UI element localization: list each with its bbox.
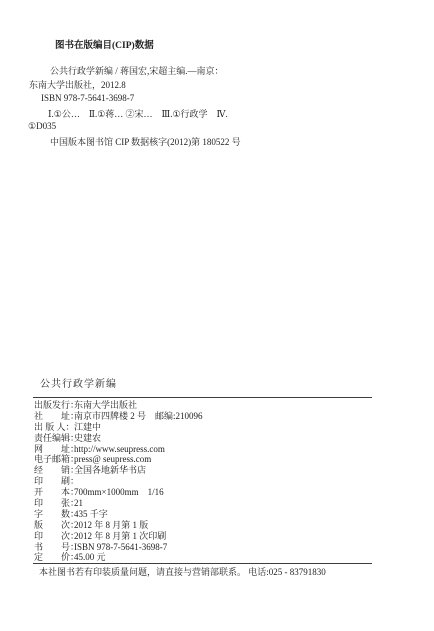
divider-top: [33, 397, 372, 398]
row-label: 责任编辑：: [34, 433, 74, 444]
cip-record-line-2: 东南大学出版社，2012.8: [29, 80, 126, 91]
colophon-row-printing: 印 刷：: [34, 476, 203, 487]
row-label: 出 版 人：: [34, 422, 74, 433]
colophon-rows: 出版发行：东南大学出版社 社 址：南京市四牌楼 2 号 邮编:210096 出 …: [34, 400, 203, 563]
row-value: 2012 年 8 月第 1 版: [74, 520, 148, 530]
row-label: 版 次：: [34, 520, 74, 531]
colophon-row-publisher-person: 出 版 人：江建中: [34, 422, 203, 433]
colophon-row-edition: 版 次：2012 年 8 月第 1 版: [34, 520, 203, 531]
row-label: 字 数：: [34, 509, 74, 520]
colophon-row-impression: 印 次：2012 年 8 月第 1 次印刷: [34, 531, 203, 542]
row-value: 南京市四牌楼 2 号 邮编:210096: [74, 411, 203, 421]
colophon-row-isbn: 书 号：ISBN 978-7-5641-3698-7: [34, 542, 203, 553]
cip-record-line-1: 公共行政学新编 / 蒋国宏,宋超主编.—南京：: [50, 66, 224, 77]
row-label: 电子邮箱：: [34, 454, 74, 465]
colophon-row-distribution: 经 销：全国各地新华书店: [34, 465, 203, 476]
row-label: 印 次：: [34, 531, 74, 542]
cip-header: 图书在版编目(CIP)数据: [55, 41, 154, 52]
colophon-row-sheets: 印 张：21: [34, 498, 203, 509]
row-label: 出版发行：: [34, 400, 74, 411]
cip-isbn-line: ISBN 978-7-5641-3698-7: [41, 93, 134, 104]
row-label: 网 址：: [34, 444, 74, 455]
row-value: 东南大学出版社: [74, 400, 137, 410]
row-label: 开 本：: [34, 487, 74, 498]
colophon-row-website: 网 址：http://www.seupress.com: [34, 444, 203, 455]
row-label: 社 址：: [34, 411, 74, 422]
row-label: 印 刷：: [34, 476, 74, 487]
divider-bottom: [33, 563, 372, 564]
row-value: 2012 年 8 月第 1 次印刷: [74, 531, 166, 541]
row-value: 700mm×1000mm 1/16: [74, 487, 164, 497]
row-value: 21: [74, 498, 83, 508]
copyright-page: 图书在版编目(CIP)数据 公共行政学新编 / 蒋国宏,宋超主编.—南京： 东南…: [0, 0, 434, 631]
colophon-row-word-count: 字 数：435 千字: [34, 509, 203, 520]
colophon-row-price: 定 价：45.00 元: [34, 552, 203, 563]
row-value: 江建中: [74, 422, 101, 432]
row-value: http://www.seupress.com: [74, 444, 165, 454]
row-label: 印 张：: [34, 498, 74, 509]
row-value: 全国各地新华书店: [74, 465, 146, 475]
cip-classification-line-2: ①D035: [28, 121, 56, 132]
quality-notice: 本社图书若有印装质量问题，请直接与营销部联系。 电话:025 - 8379183…: [39, 567, 326, 578]
row-value: 435 千字: [74, 509, 108, 519]
row-value: 45.00 元: [74, 552, 106, 562]
row-value: press@ seupress.com: [74, 454, 151, 464]
colophon-row-email: 电子邮箱：press@ seupress.com: [34, 454, 203, 465]
row-label: 书 号：: [34, 542, 74, 553]
row-value: 史建农: [74, 433, 101, 443]
colophon-row-publisher: 出版发行：东南大学出版社: [34, 400, 203, 411]
cip-record-number: 中国版本图书馆 CIP 数据核字(2012)第 180522 号: [50, 137, 241, 148]
book-title: 公共行政学新编: [40, 379, 117, 390]
colophon-row-format: 开 本：700mm×1000mm 1/16: [34, 487, 203, 498]
colophon-row-editor: 责任编辑：史建农: [34, 433, 203, 444]
row-label: 定 价：: [34, 552, 74, 563]
colophon-row-address: 社 址：南京市四牌楼 2 号 邮编:210096: [34, 411, 203, 422]
row-label: 经 销：: [34, 465, 74, 476]
cip-classification-line-1: Ⅰ.①公… Ⅱ.①蒋… ②宋… Ⅲ.①行政学 Ⅳ.: [48, 109, 228, 120]
row-value: ISBN 978-7-5641-3698-7: [74, 542, 167, 552]
